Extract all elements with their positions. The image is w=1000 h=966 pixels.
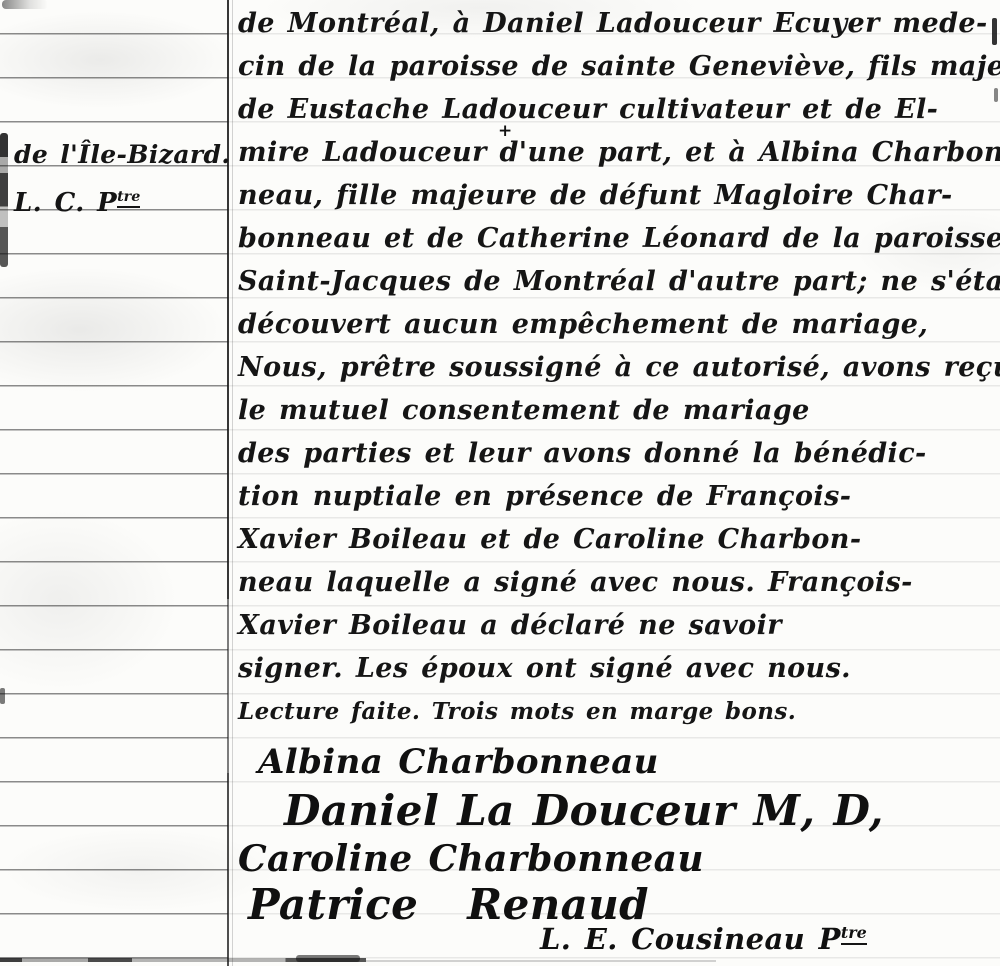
signature-officiant-base: L. E. Cousineau P — [540, 922, 841, 956]
margin-note-initials-superscript: tre — [117, 189, 140, 208]
margin-separator-rule-shadow — [232, 0, 233, 966]
insertion-caret-mark: + — [498, 121, 512, 141]
record-line: bonneau et de Catherine Léonard de la pa… — [238, 217, 998, 260]
record-line: neau, fille majeure de défunt Magloire C… — [238, 174, 998, 217]
record-line: découvert aucun empêchement de mariage, — [238, 303, 998, 346]
signature-groom: Daniel La Douceur M, D, — [284, 786, 884, 835]
record-line: le mutuel consentement de mariage — [238, 389, 998, 432]
record-line: Nous, prêtre soussigné à ce autorisé, av… — [238, 346, 998, 389]
record-line: Xavier Boileau et de Caroline Charbon- — [238, 518, 998, 561]
signature-officiant-superscript: tre — [841, 923, 867, 945]
margin-note-initials-base: L. C. P — [14, 188, 117, 218]
record-line: signer. Les époux ont signé avec nous. — [238, 647, 998, 690]
record-line-closing: Lecture faite. Trois mots en marge bons. — [238, 690, 998, 733]
record-line: mire Ladouceur d'une part, et à Albina C… — [238, 131, 998, 174]
signature-officiant: L. E. Cousineau Ptre — [540, 922, 867, 956]
record-line: des parties et leur avons donné la bénéd… — [238, 432, 998, 475]
record-line: tion nuptiale en présence de François- — [238, 475, 998, 518]
margin-note-place: de l'Île-Bizard. — [14, 140, 231, 169]
margin-note-initials: L. C. Ptre — [14, 188, 140, 218]
scan-artifact-top-left — [2, 0, 48, 9]
record-line: Saint-Jacques de Montréal d'autre part; … — [238, 260, 998, 303]
record-line: cin de la paroisse de sainte Geneviève, … — [238, 45, 998, 88]
register-page: de l'Île-Bizard. L. C. Ptre de Montréal,… — [0, 0, 1000, 966]
signature-witness-caroline: Caroline Charbonneau — [238, 838, 704, 880]
record-line: neau laquelle a signé avec nous. Françoi… — [238, 561, 998, 604]
signature-bride: Albina Charbonneau — [258, 742, 659, 782]
record-line: Xavier Boileau a déclaré ne savoir — [238, 604, 998, 647]
record-body: de Montréal, à Daniel Ladouceur Ecuyer m… — [238, 2, 998, 733]
record-line: de Eustache Ladouceur cultivateur et de … — [238, 88, 998, 131]
record-line: de Montréal, à Daniel Ladouceur Ecuyer m… — [238, 2, 998, 45]
